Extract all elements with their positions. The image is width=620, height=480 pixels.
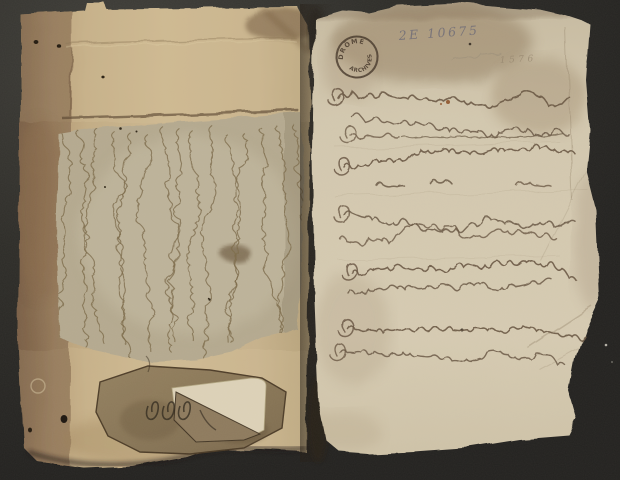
scan-grain-overlay [0, 0, 620, 480]
document-scan-canvas: DRÔME ARCHIVES 2E 10675 1576 [0, 0, 620, 480]
archival-scan-viewport: DRÔME ARCHIVES 2E 10675 1576 [0, 0, 620, 480]
